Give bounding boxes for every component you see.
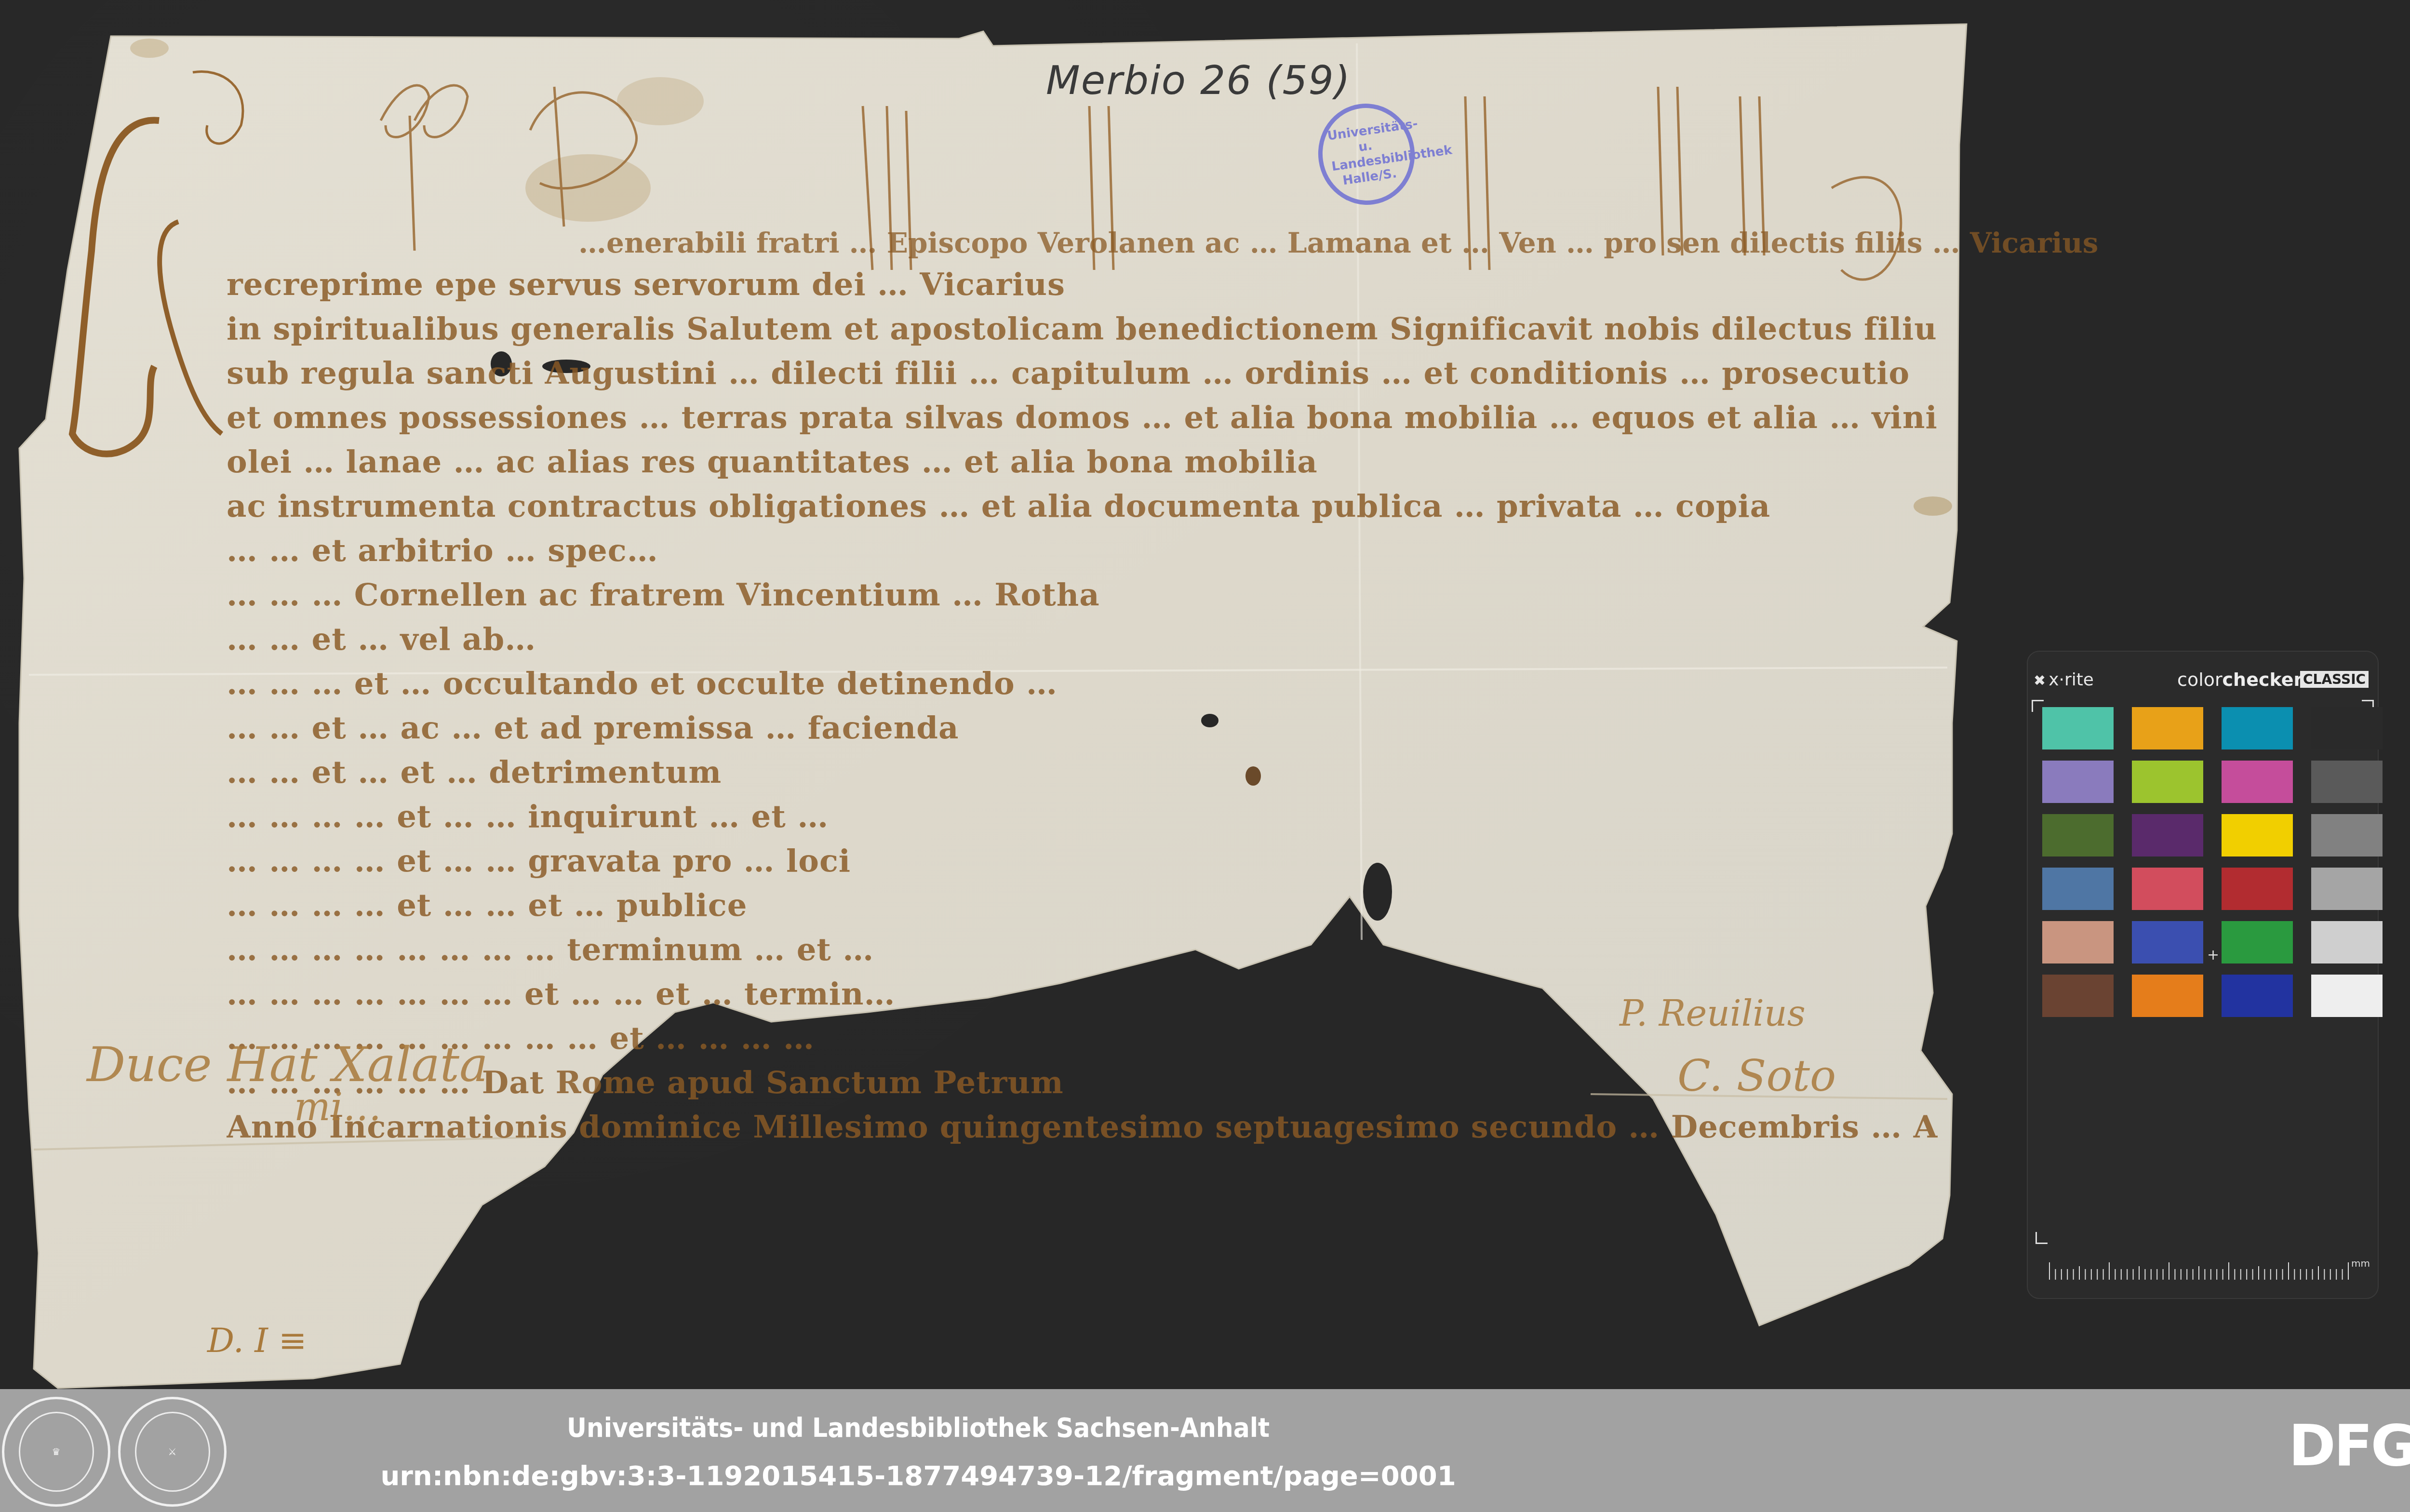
signature-left-secondary: mi… (294, 1084, 381, 1129)
footer-bar: ♛ ⚔ Universitäts- und Landesbibliothek S… (0, 1389, 2410, 1512)
color-patch (2222, 868, 2293, 910)
color-patch (2311, 975, 2383, 1017)
document-header-line: …enerabili fratri … Episcopo Verolanen a… (578, 227, 2098, 259)
text-line: … … … … et … … et … publice (227, 883, 1938, 928)
mm-ruler (2047, 1260, 2356, 1280)
library-stamp-text: Universitäts- u. Landesbibliothek Halle/… (1326, 119, 1406, 190)
classic-badge: CLASSIC (2300, 671, 2369, 688)
corner-mark: D. I ≡ (207, 1321, 307, 1360)
color-patch (2042, 761, 2114, 803)
text-line: Anno Incarnationis dominice Millesimo qu… (227, 1105, 1938, 1150)
xrite-logo-icon: ✖ (2034, 672, 2046, 689)
signature-right-reuilius: P. Reuilius (1620, 993, 1806, 1034)
text-line: … … … et … occultando et occulte detinen… (227, 662, 1938, 706)
color-patch (2132, 975, 2203, 1017)
color-checker-header: ✖x·rite colorchecker CLASSIC (2028, 652, 2378, 695)
color-patch-grid (2042, 707, 2383, 1017)
color-patch (2311, 707, 2383, 749)
color-patch (2222, 761, 2293, 803)
color-patch (2132, 707, 2203, 749)
institution-name: Universitäts- und Landesbibliothek Sachs… (0, 1412, 1836, 1444)
color-patch (2222, 707, 2293, 749)
color-patch (2132, 921, 2203, 963)
text-line: olei … lanae … ac alias res quantitates … (227, 440, 1938, 484)
text-line: … … et … et … detrimentum (227, 750, 1938, 795)
color-patch (2311, 814, 2383, 856)
xrite-brand-label: x·rite (2048, 670, 2094, 690)
color-patch (2132, 761, 2203, 803)
text-line: … … … … et … … gravata pro … loci (227, 839, 1938, 883)
corner-mark-icon (2035, 1232, 2048, 1244)
color-patch (2042, 921, 2114, 963)
text-line: in spiritualibus generalis Salutem et ap… (227, 307, 1938, 351)
text-line: … … … … … … … … terminum … et … (227, 928, 1938, 972)
text-line: ac instrumenta contractus obligationes …… (227, 484, 1938, 529)
text-line: … … et … vel ab… (227, 617, 1938, 662)
color-patch (2311, 868, 2383, 910)
colorchecker-label: colorchecker (2177, 669, 2303, 690)
color-patch (2311, 761, 2383, 803)
ruler-unit-label: mm (2351, 1258, 2370, 1269)
xrite-brand: ✖x·rite (2034, 670, 2094, 690)
color-patch (2311, 921, 2383, 963)
color-patch (2132, 868, 2203, 910)
dfg-logo: DFG (2289, 1412, 2410, 1479)
color-patch (2042, 975, 2114, 1017)
text-line: … … et arbitrio … spec… (227, 529, 1938, 573)
color-patch (2222, 975, 2293, 1017)
text-line: … … … Cornellen ac fratrem Vincentium … … (227, 573, 1938, 617)
crosshair-icon: + (2207, 947, 2219, 963)
colorchecker-label-light: color (2177, 669, 2223, 690)
color-patch (2132, 814, 2203, 856)
signature-right-soto: C. Soto (1677, 1051, 1836, 1101)
text-line: sub regula sancti Augustini … dilecti fi… (227, 351, 1938, 396)
color-patch (2222, 921, 2293, 963)
text-line: recreprime epe servus servorum dei … Vic… (227, 263, 1938, 307)
shelfmark-annotation: Merbio 26 (59) (1046, 58, 1351, 104)
text-line: et omnes possessiones … terras prata sil… (227, 396, 1938, 440)
color-patch (2042, 868, 2114, 910)
color-patch (2222, 814, 2293, 856)
text-line: … … et … ac … et ad premissa … facienda (227, 706, 1938, 750)
urn-identifier: urn:nbn:de:gbv:3:3-1192015415-1877494739… (0, 1460, 1836, 1492)
color-patch (2042, 707, 2114, 749)
signature-left: Duce Hat Xalata (87, 1036, 488, 1093)
text-line: … … … … et … … inquirunt … et … (227, 795, 1938, 839)
color-checker-card: ✖x·rite colorchecker CLASSIC + mm (2027, 651, 2379, 1299)
colorchecker-label-bold: checker (2223, 669, 2303, 690)
color-patch (2042, 814, 2114, 856)
